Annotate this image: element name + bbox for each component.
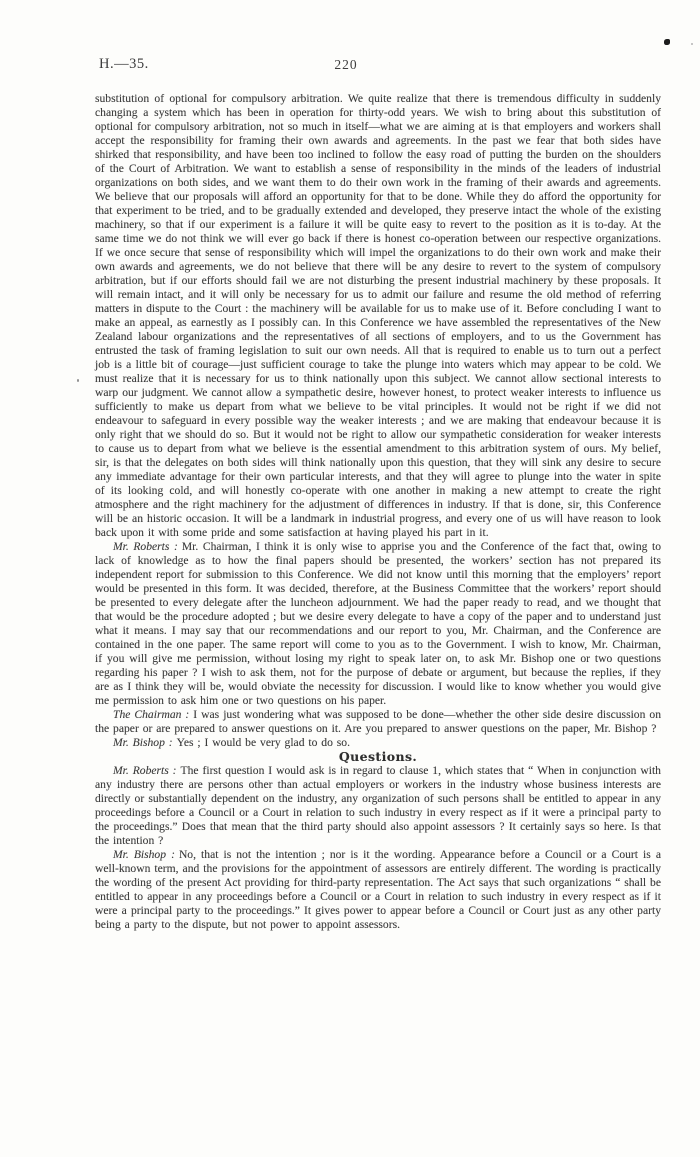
ink-speck: [691, 43, 693, 45]
speaker-name: Mr. Bishop :: [113, 848, 175, 861]
speech-paragraph: Mr. Bishop :No, that is not the intentio…: [95, 848, 661, 932]
body-paragraph-continuation: substitution of optional for compulsory …: [95, 92, 661, 540]
ink-speck: [77, 379, 79, 382]
speaker-name: Mr. Roberts :: [113, 764, 177, 777]
speech-text: The first question I would ask is in reg…: [95, 764, 661, 847]
document-page: H.—35. 220 substitution of optional for …: [0, 0, 700, 1157]
speech-text: No, that is not the intention ; nor is i…: [95, 848, 661, 931]
document-reference: H.—35.: [99, 56, 149, 73]
speech-paragraph: Mr. Roberts :The first question I would …: [95, 764, 661, 848]
speaker-name: Mr. Roberts :: [113, 540, 178, 553]
speech-paragraph: Mr. Bishop :Yes ; I would be very glad t…: [95, 736, 661, 750]
speaker-name: Mr. Bishop :: [113, 736, 173, 749]
page-header: H.—35. 220: [0, 56, 700, 76]
speech-text: Yes ; I would be very glad to do so.: [177, 736, 350, 749]
page-body: substitution of optional for compulsory …: [95, 92, 661, 932]
speech-text: Mr. Chairman, I think it is only wise to…: [95, 540, 661, 707]
speech-paragraph: The Chairman :I was just wondering what …: [95, 708, 661, 736]
section-heading: Questions.: [95, 750, 661, 764]
page-number: 220: [300, 57, 392, 73]
speaker-name: The Chairman :: [113, 708, 189, 721]
ink-dot: [664, 39, 670, 45]
speech-paragraph: Mr. Roberts :Mr. Chairman, I think it is…: [95, 540, 661, 708]
